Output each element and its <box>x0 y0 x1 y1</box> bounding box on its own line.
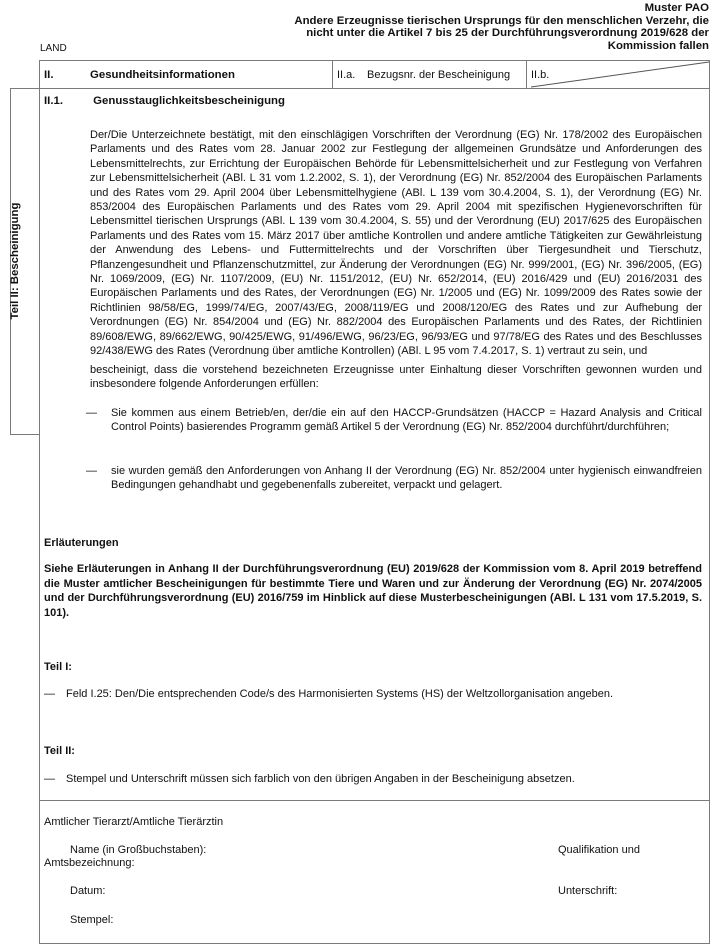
name-field-label[interactable]: Name (in Großbuchstaben): <box>70 844 206 856</box>
part2-note-text: Stempel und Unterschrift müssen sich far… <box>66 773 575 785</box>
notes-text: Siehe Erläuterungen in Anhang II der Dur… <box>44 562 702 620</box>
certificate-header: Muster PAO Andere Erzeugnisse tierischen… <box>249 2 709 52</box>
part2-title: Teil II: <box>44 745 75 757</box>
model-name: Muster PAO <box>249 2 709 15</box>
section-title: II.1. Genusstauglichkeitsbescheinigung <box>44 95 285 107</box>
requirement-item: — sie wurden gemäß den Anforderungen von… <box>86 464 702 493</box>
part1-note-text: Feld I.25: Den/Die entsprechenden Code/s… <box>66 688 613 700</box>
dash-icon: — <box>44 688 66 700</box>
dash-icon: — <box>86 406 97 420</box>
signature-block: Amtlicher Tierarzt/Amtliche Tierärztin N… <box>40 800 709 943</box>
stamp-field-label[interactable]: Stempel: <box>70 914 113 926</box>
title-line-3: Kommission fallen <box>249 40 709 53</box>
reference-number-cell[interactable]: II.a. Bezugsnr. der Bescheinigung <box>333 61 527 88</box>
notes-title: Erläuterungen <box>44 537 119 549</box>
field-number: II.a. <box>333 69 361 81</box>
diagonal-strike <box>527 61 710 88</box>
health-info-cell: II. Gesundheitsinformationen <box>40 61 333 88</box>
part1-note: —Feld I.25: Den/Die entsprechenden Code/… <box>44 688 613 700</box>
part1-title: Teil I: <box>44 661 72 673</box>
attestation-paragraph: Der/Die Unterzeichnete bestätigt, mit de… <box>90 128 702 359</box>
field-label: Bezugsnr. der Bescheinigung <box>361 69 510 81</box>
side-label: Teil II: Bescheinigung <box>9 203 21 320</box>
section-number: II.1. <box>44 95 90 107</box>
title-line-1: Andere Erzeugnisse tierischen Ursprungs … <box>249 15 709 28</box>
certificate-frame: II. Gesundheitsinformationen II.a. Bezug… <box>39 60 710 944</box>
requirement-text: sie wurden gemäß den Anforderungen von A… <box>111 464 702 493</box>
table-header-row: II. Gesundheitsinformationen II.a. Bezug… <box>40 61 709 89</box>
signature-field-label[interactable]: Unterschrift: <box>558 885 617 897</box>
part2-note: —Stempel und Unterschrift müssen sich fa… <box>44 773 575 785</box>
requirement-text: Sie kommen aus einem Betrieb/en, der/die… <box>111 406 702 435</box>
section-heading: Genusstauglichkeitsbescheinigung <box>93 95 285 107</box>
dash-icon: — <box>86 464 97 478</box>
dash-icon: — <box>44 773 66 785</box>
section-number: II. <box>40 69 90 81</box>
requirement-item: — Sie kommen aus einem Betrieb/en, der/d… <box>86 406 702 435</box>
date-field-label[interactable]: Datum: <box>70 885 105 897</box>
qualification-field-label[interactable]: Qualifikation und <box>558 844 640 856</box>
certification-paragraph: bescheinigt, dass die vorstehend bezeich… <box>90 363 702 392</box>
section-label: Gesundheitsinformationen <box>90 69 235 81</box>
country-label: LAND <box>40 43 67 54</box>
title-line-2: nicht unter die Artikel 7 bis 25 der Dur… <box>249 27 709 40</box>
official-title-label: Amtsbezeichnung: <box>44 857 135 869</box>
signature-title: Amtlicher Tierarzt/Amtliche Tierärztin <box>44 816 223 828</box>
